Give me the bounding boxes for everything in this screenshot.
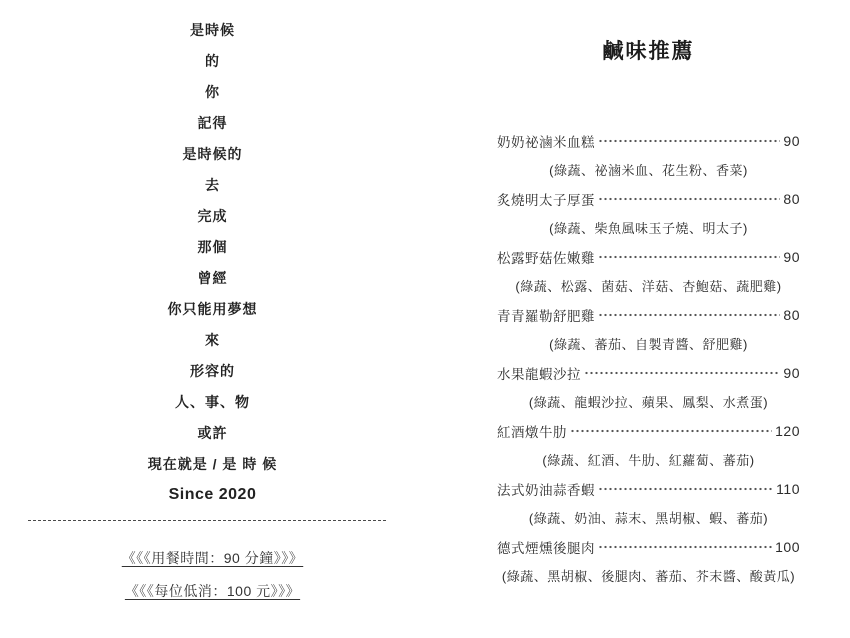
menu-item-row: 奶奶祕滷米血糕 90 [497,126,800,155]
menu-item-name: 炙燒明太子厚蛋 [497,189,595,209]
dotted-leader [584,358,780,387]
poem-line: 形容的 [0,355,425,386]
menu-item-row: 青青羅勒舒肥雞 80 [497,300,800,329]
notices: 《《《用餐時間：90 分鐘》》》 《《《每位低消：100 元》》》 [0,541,425,607]
menu-item-ingredients: (綠蔬、柴魚風味玉子燒、明太子) [497,213,800,242]
poem-line: 你只能用夢想 [0,293,425,324]
dotted-leader [598,184,780,213]
poem-line: 完成 [0,200,425,231]
menu-item-row: 炙燒明太子厚蛋 80 [497,184,800,213]
poem: 是時候 的 你 記得 是時候的 去 完成 那個 曾經 你只能用夢想 來 [0,14,425,479]
menu-item-ingredients: (綠蔬、紅酒、牛肋、紅蘿蔔、蕃茄) [497,445,800,474]
menu-item-price: 90 [783,249,800,265]
menu-item-name: 水果龍蝦沙拉 [497,363,581,383]
menu-item-ingredients: (綠蔬、奶油、蒜末、黑胡椒、蝦、蕃茄) [497,503,800,532]
notice-text: 《《《用餐時間：90 分鐘》》》 [122,548,303,568]
menu-item: 松露野菇佐嫩雞 90 (綠蔬、松露、菌菇、洋菇、杏鮑菇、蔬肥雞) [497,242,800,300]
menu-item-name: 松露野菇佐嫩雞 [497,247,595,267]
menu-item-ingredients: (綠蔬、黑胡椒、後腿肉、蕃茄、芥末醬、酸黃瓜) [497,561,800,590]
menu-item-price: 80 [783,307,800,323]
menu-item-name: 德式煙燻後腿肉 [497,537,595,557]
poem-line: 現在就是 / 是 時 候 [0,448,425,479]
notice-line: 《《《用餐時間：90 分鐘》》》 [0,541,425,574]
poem-line: 曾經 [0,262,425,293]
left-page-column: 是時候 的 你 記得 是時候的 去 完成 那個 曾經 你只能用夢想 來 [0,0,425,638]
poem-line: 那個 [0,231,425,262]
dotted-leader [598,300,780,329]
since-line: Since 2020 [0,479,425,510]
menu-item-ingredients: (綠蔬、蕃茄、自製青醬、舒肥雞) [497,329,800,358]
menu-item-row: 水果龍蝦沙拉 90 [497,358,800,387]
menu-item-name: 法式奶油蒜香蝦 [497,479,595,499]
menu-item-price: 90 [783,365,800,381]
menu-item-ingredients: (綠蔬、祕滷米血、花生粉、香菜) [497,155,800,184]
menu-item-ingredients: (綠蔬、松露、菌菇、洋菇、杏鮑菇、蔬肥雞) [497,271,800,300]
poem-line: 來 [0,324,425,355]
menu-item: 炙燒明太子厚蛋 80 (綠蔬、柴魚風味玉子燒、明太子) [497,184,800,242]
poem-line: 人、事、物 [0,386,425,417]
menu-item-price: 80 [783,191,800,207]
notice-text: 《《《每位低消：100 元》》》 [125,581,300,601]
menu-item-list: 奶奶祕滷米血糕 90 (綠蔬、祕滷米血、花生粉、香菜) 炙燒明太子厚蛋 80 (… [497,126,800,590]
menu-item-row: 德式煙燻後腿肉 100 [497,532,800,561]
menu-item-row: 紅酒燉牛肋 120 [497,416,800,445]
dotted-leader [598,126,780,155]
menu-page: 是時候 的 你 記得 是時候的 去 完成 那個 曾經 你只能用夢想 來 [0,0,850,638]
menu-item-name: 紅酒燉牛肋 [497,421,567,441]
menu-item-price: 90 [783,133,800,149]
dotted-leader [598,532,772,561]
dashed-divider [28,520,386,521]
dotted-leader [598,474,773,503]
poem-line: 你 [0,76,425,107]
dotted-leader [598,242,780,271]
right-page-column: 鹹味推薦 奶奶祕滷米血糕 90 (綠蔬、祕滷米血、花生粉、香菜) 炙燒明太子厚蛋 [425,0,850,638]
menu-item: 紅酒燉牛肋 120 (綠蔬、紅酒、牛肋、紅蘿蔔、蕃茄) [497,416,800,474]
menu-item: 法式奶油蒜香蝦 110 (綠蔬、奶油、蒜末、黑胡椒、蝦、蕃茄) [497,474,800,532]
menu-item-row: 松露野菇佐嫩雞 90 [497,242,800,271]
notice-line: 《《《每位低消：100 元》》》 [0,574,425,607]
menu-item: 奶奶祕滷米血糕 90 (綠蔬、祕滷米血、花生粉、香菜) [497,126,800,184]
poem-line: 或許 [0,417,425,448]
menu-item-ingredients: (綠蔬、龍蝦沙拉、蘋果、鳳梨、水煮蛋) [497,387,800,416]
poem-line: 去 [0,169,425,200]
poem-line: 的 [0,45,425,76]
poem-line: 是時候 [0,14,425,45]
menu-item-row: 法式奶油蒜香蝦 110 [497,474,800,503]
menu-item: 青青羅勒舒肥雞 80 (綠蔬、蕃茄、自製青醬、舒肥雞) [497,300,800,358]
menu-item-price: 120 [775,423,800,439]
menu-item-name: 奶奶祕滷米血糕 [497,131,595,151]
menu-item-name: 青青羅勒舒肥雞 [497,305,595,325]
poem-line: 是時候的 [0,138,425,169]
menu-item-price: 110 [776,481,800,497]
menu-item: 水果龍蝦沙拉 90 (綠蔬、龍蝦沙拉、蘋果、鳳梨、水煮蛋) [497,358,800,416]
menu-item: 德式煙燻後腿肉 100 (綠蔬、黑胡椒、後腿肉、蕃茄、芥末醬、酸黃瓜) [497,532,800,590]
menu-title: 鹹味推薦 [497,36,800,64]
poem-line: 記得 [0,107,425,138]
menu-item-price: 100 [775,539,800,555]
dotted-leader [570,416,772,445]
